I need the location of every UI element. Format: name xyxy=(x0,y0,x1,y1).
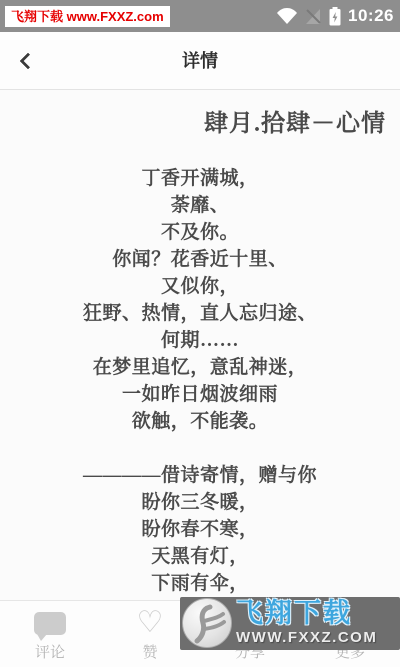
post-title: 肆月.拾肆－心情 xyxy=(0,91,400,141)
status-icons: 10:26 xyxy=(276,0,396,32)
poem-line: 你闻？花香近十里、 xyxy=(0,246,400,273)
post-content: 肆月.拾肆－心情 丁香开满城，荼靡、不及你。你闻？花香近十里、又似你，狂野、热情… xyxy=(0,91,400,600)
header: 详情 xyxy=(0,32,400,90)
watermark-brand: 飞翔下载 xyxy=(236,599,396,628)
poem-line: 天黑有灯， xyxy=(0,543,400,570)
page-title: 详情 xyxy=(0,32,400,90)
poem-line: 下雨有伞， xyxy=(0,570,400,597)
poem-body: 丁香开满城，荼靡、不及你。你闻？花香近十里、又似你，狂野、热情，直人忘归途、何期… xyxy=(0,165,400,597)
battery-charging-icon xyxy=(329,7,341,26)
tab-comments[interactable]: 评论 xyxy=(0,601,100,667)
poem-line: 盼你三冬暖， xyxy=(0,489,400,516)
wifi-icon xyxy=(276,7,298,25)
tab-like-label: 赞 xyxy=(142,641,157,662)
no-signal-icon xyxy=(305,8,322,25)
poem-line: 不及你。 xyxy=(0,219,400,246)
comment-icon xyxy=(34,612,66,635)
bottom-watermark: 飞翔下载 WWW.FXXZ.COM xyxy=(180,597,400,650)
poem-line: 在梦里追忆，意乱神迷， xyxy=(0,354,400,381)
poem-line xyxy=(0,435,400,462)
poem-line: ————借诗寄情，赠与你 xyxy=(0,462,400,489)
poem-line: 盼你春不寒， xyxy=(0,516,400,543)
poem-line: 一如昨日烟波细雨 xyxy=(0,381,400,408)
status-bar: 飞翔下载 www.FXXZ.com 10:26 xyxy=(0,0,400,32)
poem-line: 欲触，不能袭。 xyxy=(0,408,400,435)
watermark-url: WWW.FXXZ.COM xyxy=(236,628,396,647)
heart-icon: ♡ xyxy=(137,609,164,637)
poem-line: 荼靡、 xyxy=(0,192,400,219)
app-screen: 飞翔下载 www.FXXZ.com 10:26 详情 肆月.拾肆－心情 丁香开 xyxy=(0,0,400,667)
poem-line: 丁香开满城， xyxy=(0,165,400,192)
poem-line: 狂野、热情，直人忘归途、 xyxy=(0,300,400,327)
poem-line: 何期…… xyxy=(0,327,400,354)
status-time: 10:26 xyxy=(348,6,394,26)
poem-line: 又似你， xyxy=(0,273,400,300)
tab-comments-label: 评论 xyxy=(35,641,65,662)
fxxz-logo-icon xyxy=(182,598,232,648)
bottom-watermark-text: 飞翔下载 WWW.FXXZ.COM xyxy=(236,599,396,647)
top-watermark: 飞翔下载 www.FXXZ.com xyxy=(5,6,170,27)
